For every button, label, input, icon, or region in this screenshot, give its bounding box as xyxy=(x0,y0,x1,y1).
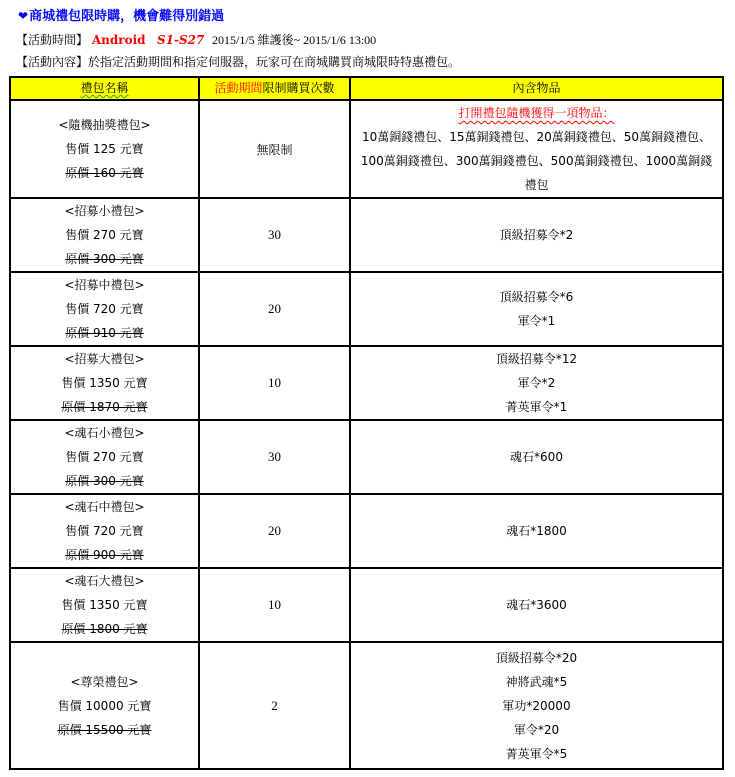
item: 頂級招募令*6 xyxy=(357,285,716,309)
purchase-limit: 30 xyxy=(268,227,281,242)
purchase-limit-cell: 20 xyxy=(199,494,350,568)
purchase-limit-cell: 20 xyxy=(199,272,350,346)
item: 頂級招募令*20 xyxy=(357,646,716,670)
item: 軍令*1 xyxy=(357,309,716,333)
event-time-range: 2015/1/5 維護後~ 2015/1/6 13:00 xyxy=(212,33,376,47)
purchase-limit: 20 xyxy=(268,523,281,538)
original-price: 原價 160 元寶 xyxy=(17,161,192,185)
event-content-text: 於指定活動期間和指定伺服器，玩家可在商城購買商城限時特惠禮包。 xyxy=(88,55,460,69)
table-row: <尊榮禮包> 售價 10000 元寶 原價 15500 元寶 2 頂級招募令*2… xyxy=(10,642,723,769)
purchase-limit: 10 xyxy=(268,597,281,612)
purchase-limit-cell: 無限制 xyxy=(199,100,350,198)
pack-name: <魂石中禮包> xyxy=(17,495,192,519)
pack-name: <魂石小禮包> xyxy=(17,421,192,445)
original-price: 原價 300 元寶 xyxy=(17,469,192,493)
limit-header-rest: 限制購買次數 xyxy=(263,81,335,95)
purchase-limit: 無限制 xyxy=(256,143,292,157)
purchase-limit-cell: 2 xyxy=(199,642,350,769)
table-row: <魂石大禮包> 售價 1350 元寶 原價 1800 元寶 10 魂石*3600 xyxy=(10,568,723,642)
item: 頂級招募令*2 xyxy=(357,223,716,247)
item: 魂石*600 xyxy=(357,445,716,469)
sale-price: 售價 270 元寶 xyxy=(17,223,192,247)
gift-pack-table: 禮包名稱 活動期間限制購買次數 內含物品 <隨機抽獎禮包> 售價 125 元寶 … xyxy=(9,76,724,770)
purchase-limit: 10 xyxy=(268,375,281,390)
sale-price: 售價 1350 元寶 xyxy=(17,371,192,395)
sale-price: 售價 270 元寶 xyxy=(17,445,192,469)
purchase-limit-cell: 10 xyxy=(199,346,350,420)
limit-header-highlight: 活動期間 xyxy=(214,81,262,95)
items-cell: 頂級招募令*12 軍令*2 菁英軍令*1 xyxy=(350,346,723,420)
table-row: <魂石中禮包> 售價 720 元寶 原價 900 元寶 20 魂石*1800 xyxy=(10,494,723,568)
purchase-limit: 2 xyxy=(271,698,278,713)
event-content-line: 【活動內容】於指定活動期間和指定伺服器，玩家可在商城購買商城限時特惠禮包。 xyxy=(16,53,460,71)
page-title: ❤商城禮包限時購，機會難得別錯過 xyxy=(18,7,224,25)
column-header-limit: 活動期間限制購買次數 xyxy=(199,77,350,100)
pack-name: <尊榮禮包> xyxy=(17,670,192,694)
original-price: 原價 900 元寶 xyxy=(17,543,192,567)
event-time-label: 【活動時間】 xyxy=(16,33,88,47)
table-row: <招募小禮包> 售價 270 元寶 原價 300 元寶 30 頂級招募令*2 xyxy=(10,198,723,272)
items-cell: 魂石*1800 xyxy=(350,494,723,568)
sale-price: 售價 1350 元寶 xyxy=(17,593,192,617)
original-price: 原價 1870 元寶 xyxy=(17,395,192,419)
sale-price: 售價 125 元寶 xyxy=(17,137,192,161)
event-content-label: 【活動內容】 xyxy=(16,55,88,69)
servers-label: S1-S27 xyxy=(157,33,204,47)
purchase-limit: 30 xyxy=(268,449,281,464)
pack-name-cell: <魂石小禮包> 售價 270 元寶 原價 300 元寶 xyxy=(10,420,199,494)
items-cell: 頂級招募令*2 xyxy=(350,198,723,272)
table-row: <招募中禮包> 售價 720 元寶 原價 910 元寶 20 頂級招募令*6 軍… xyxy=(10,272,723,346)
items-cell: 魂石*3600 xyxy=(350,568,723,642)
item: 頂級招募令*12 xyxy=(357,347,716,371)
item: 菁英軍令*5 xyxy=(357,742,716,766)
pack-name: <招募大禮包> xyxy=(17,347,192,371)
item: 魂石*1800 xyxy=(357,519,716,543)
item: 魂石*3600 xyxy=(357,593,716,617)
purchase-limit-cell: 10 xyxy=(199,568,350,642)
random-items-list: 10萬銅錢禮包、15萬銅錢禮包、20萬銅錢禮包、50萬銅錢禮包、100萬銅錢禮包… xyxy=(357,125,716,197)
heart-icon: ❤ xyxy=(18,9,28,23)
table-row: <隨機抽獎禮包> 售價 125 元寶 原價 160 元寶 無限制 打開禮包隨機獲… xyxy=(10,100,723,198)
random-items-heading: 打開禮包隨機獲得一項物品： xyxy=(458,106,614,120)
original-price: 原價 910 元寶 xyxy=(17,321,192,345)
pack-name: <魂石大禮包> xyxy=(17,569,192,593)
table-row: <招募大禮包> 售價 1350 元寶 原價 1870 元寶 10 頂級招募令*1… xyxy=(10,346,723,420)
purchase-limit: 20 xyxy=(268,301,281,316)
platform-label: Android xyxy=(92,33,146,47)
pack-name: <隨機抽獎禮包> xyxy=(17,113,192,137)
column-header-name: 禮包名稱 xyxy=(10,77,199,100)
pack-name-cell: <魂石中禮包> 售價 720 元寶 原價 900 元寶 xyxy=(10,494,199,568)
pack-name-cell: <隨機抽獎禮包> 售價 125 元寶 原價 160 元寶 xyxy=(10,100,199,198)
column-header-items: 內含物品 xyxy=(350,77,723,100)
pack-name-cell: <招募大禮包> 售價 1350 元寶 原價 1870 元寶 xyxy=(10,346,199,420)
sale-price: 售價 10000 元寶 xyxy=(17,694,192,718)
items-cell: 頂級招募令*6 軍令*1 xyxy=(350,272,723,346)
sale-price: 售價 720 元寶 xyxy=(17,297,192,321)
table-row: <魂石小禮包> 售價 270 元寶 原價 300 元寶 30 魂石*600 xyxy=(10,420,723,494)
item: 軍令*2 xyxy=(357,371,716,395)
items-cell: 打開禮包隨機獲得一項物品： 10萬銅錢禮包、15萬銅錢禮包、20萬銅錢禮包、50… xyxy=(350,100,723,198)
purchase-limit-cell: 30 xyxy=(199,198,350,272)
pack-name: <招募小禮包> xyxy=(17,199,192,223)
items-cell: 頂級招募令*20 神將武魂*5 軍功*20000 軍令*20 菁英軍令*5 xyxy=(350,642,723,769)
title-text: 商城禮包限時購，機會難得別錯過 xyxy=(29,9,224,24)
purchase-limit-cell: 30 xyxy=(199,420,350,494)
pack-name-cell: <招募中禮包> 售價 720 元寶 原價 910 元寶 xyxy=(10,272,199,346)
table-header-row: 禮包名稱 活動期間限制購買次數 內含物品 xyxy=(10,77,723,100)
pack-name-cell: <魂石大禮包> 售價 1350 元寶 原價 1800 元寶 xyxy=(10,568,199,642)
item: 軍功*20000 xyxy=(357,694,716,718)
original-price: 原價 1800 元寶 xyxy=(17,617,192,641)
original-price: 原價 15500 元寶 xyxy=(17,718,192,742)
item: 軍令*20 xyxy=(357,718,716,742)
item: 菁英軍令*1 xyxy=(357,395,716,419)
items-cell: 魂石*600 xyxy=(350,420,723,494)
original-price: 原價 300 元寶 xyxy=(17,247,192,271)
item: 神將武魂*5 xyxy=(357,670,716,694)
pack-name-cell: <尊榮禮包> 售價 10000 元寶 原價 15500 元寶 xyxy=(10,642,199,769)
sale-price: 售價 720 元寶 xyxy=(17,519,192,543)
pack-name-cell: <招募小禮包> 售價 270 元寶 原價 300 元寶 xyxy=(10,198,199,272)
event-time-line: 【活動時間】 Android S1-S27 2015/1/5 維護後~ 2015… xyxy=(16,31,376,49)
pack-name: <招募中禮包> xyxy=(17,273,192,297)
